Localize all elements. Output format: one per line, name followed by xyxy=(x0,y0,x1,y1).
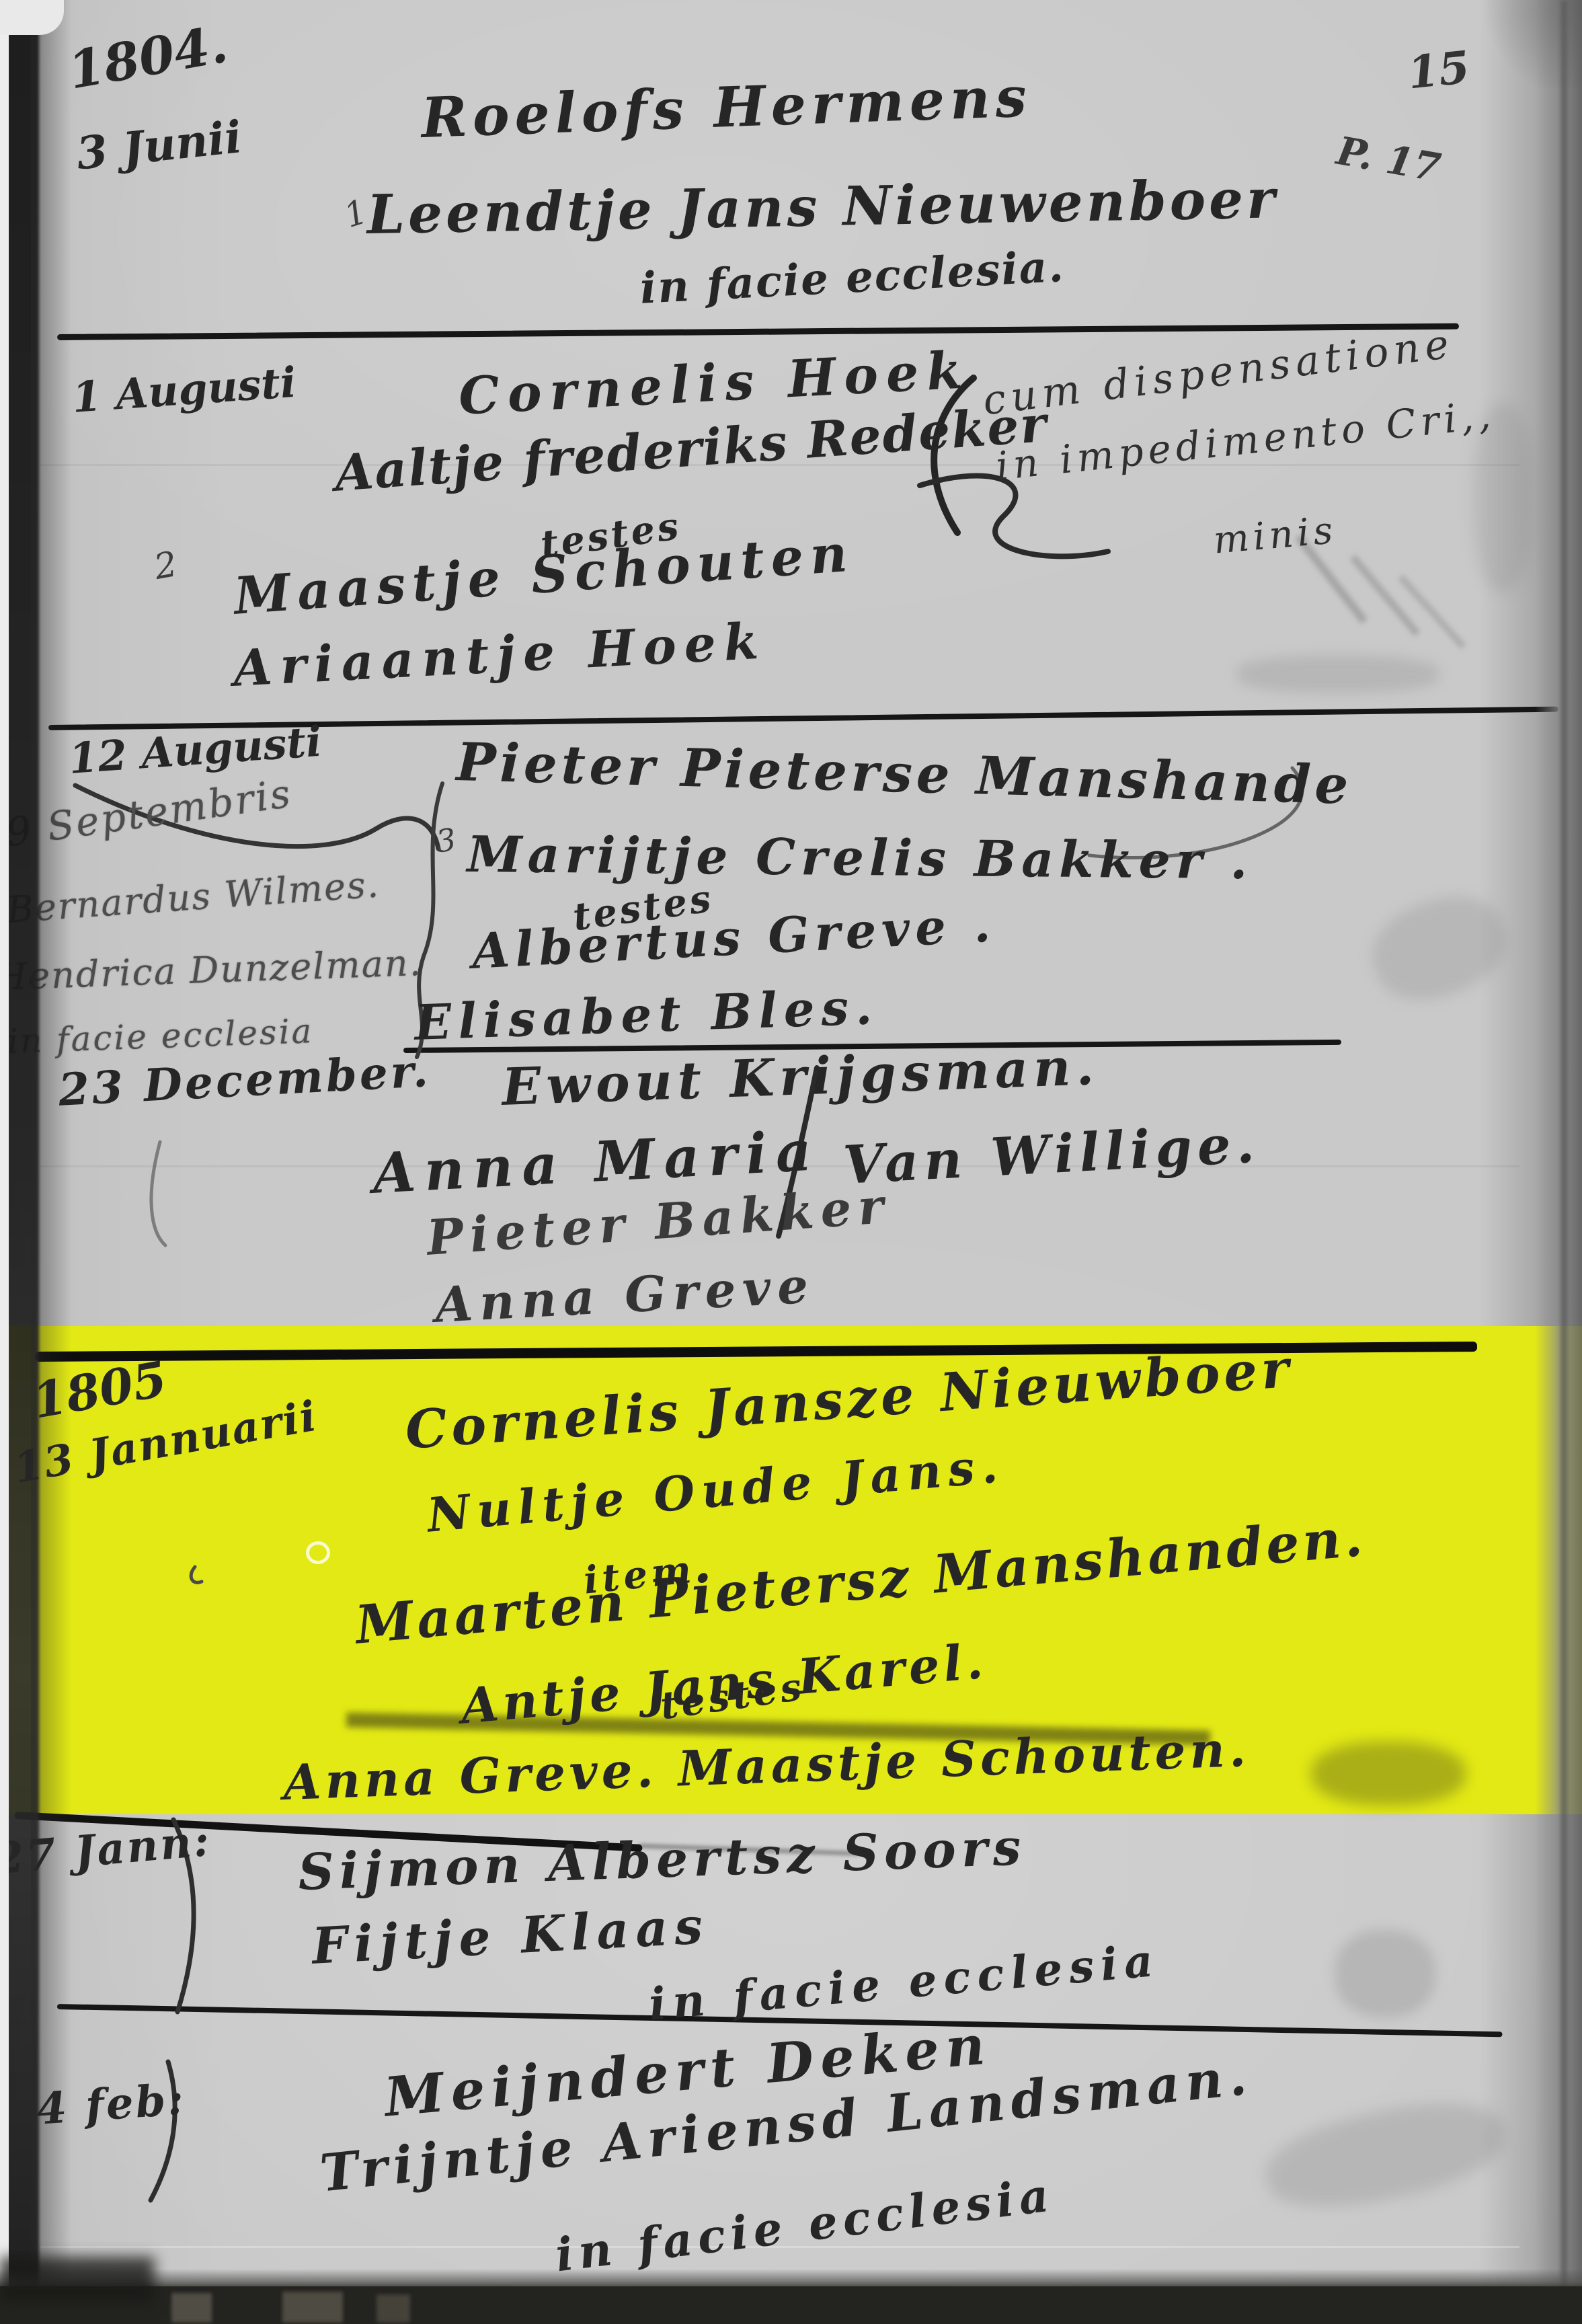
bleedthrough-mark xyxy=(1350,555,1421,637)
left-binding-shadow xyxy=(7,0,39,2324)
ceremony-note: in facie ecclesia xyxy=(553,2168,1057,2282)
witness-name: Ariaantje Hoek xyxy=(232,612,768,697)
groom-name: Roelofs Hermens xyxy=(420,65,1033,151)
right-page-edge-shadow xyxy=(1535,0,1582,2324)
side-entry-groom: Bernardus Wilmes. xyxy=(5,863,381,931)
entry-separator-line xyxy=(57,323,1459,340)
groom-name: Pieter Pieterse Manshande xyxy=(456,732,1353,816)
top-right-corner-shadow xyxy=(1474,0,1582,87)
bottom-left-dark-blob xyxy=(0,2257,155,2304)
bottom-page-edge-streak xyxy=(171,2293,212,2323)
ceremony-note: in facie ecclesia xyxy=(647,1934,1162,2031)
side-entry-date: 9 Septembris xyxy=(3,770,295,855)
bottom-transition-shade xyxy=(0,2269,1582,2289)
entry-date: 1 Augusti xyxy=(71,358,298,422)
entry-date: 4 feb: xyxy=(35,2075,187,2135)
folio-number: 15 xyxy=(1405,40,1472,99)
redeker-tail-brace-stroke xyxy=(920,475,1108,556)
left-page-edge-white xyxy=(0,0,9,2324)
bride-name: Marijtje Crelis Bakker . xyxy=(467,826,1253,890)
witness-name: Anna Greve xyxy=(434,1256,816,1333)
witness-name: Elisabet Bles. xyxy=(413,978,879,1051)
register-scan-page: 15 P. 17 1804. 3 Junii 1 Roelofs Hermens… xyxy=(0,0,1582,2324)
ceremony-note: in facie ecclesia. xyxy=(639,241,1066,314)
bleedthrough-mark xyxy=(1257,2087,1512,2223)
bride-name: Fijtje Klaas xyxy=(311,1897,711,1976)
bride-name-part2: Van Willige. xyxy=(842,1114,1261,1196)
entry-year: 1804. xyxy=(64,14,232,101)
witness-name: Albertus Greve . xyxy=(471,895,997,980)
bride-name: Leendtje Jans Nieuwenboer xyxy=(366,167,1279,246)
right-edge-texture-line xyxy=(1560,0,1567,2324)
bleedthrough-mark xyxy=(1237,656,1439,693)
page-ref: P. 17 xyxy=(1333,128,1444,191)
top-left-corner-white xyxy=(0,0,64,35)
entry-margin-number: 2 xyxy=(151,544,180,588)
bleedthrough-mark xyxy=(1335,1930,1435,2017)
dispensation-note-line3: minis xyxy=(1212,508,1339,563)
december-margin-stroke xyxy=(151,1142,165,1245)
bottom-page-edge-streak xyxy=(282,2292,343,2323)
bottom-page-edge-streak xyxy=(377,2294,410,2323)
bottom-book-shadow xyxy=(0,2286,1582,2324)
bleedthrough-mark xyxy=(1398,575,1466,650)
entry-date: 3 Junii xyxy=(74,110,244,180)
side-entry-bride: Hendrica Dunzelman. xyxy=(0,941,423,999)
entry-date: 27 Jann: xyxy=(0,1816,213,1885)
groom-name: Sijmon Albertsz Soors xyxy=(297,1818,1027,1902)
entry-margin-number: 3 xyxy=(434,821,459,860)
bleedthrough-mark xyxy=(1359,881,1518,1015)
left-binding-fade xyxy=(31,0,71,2324)
